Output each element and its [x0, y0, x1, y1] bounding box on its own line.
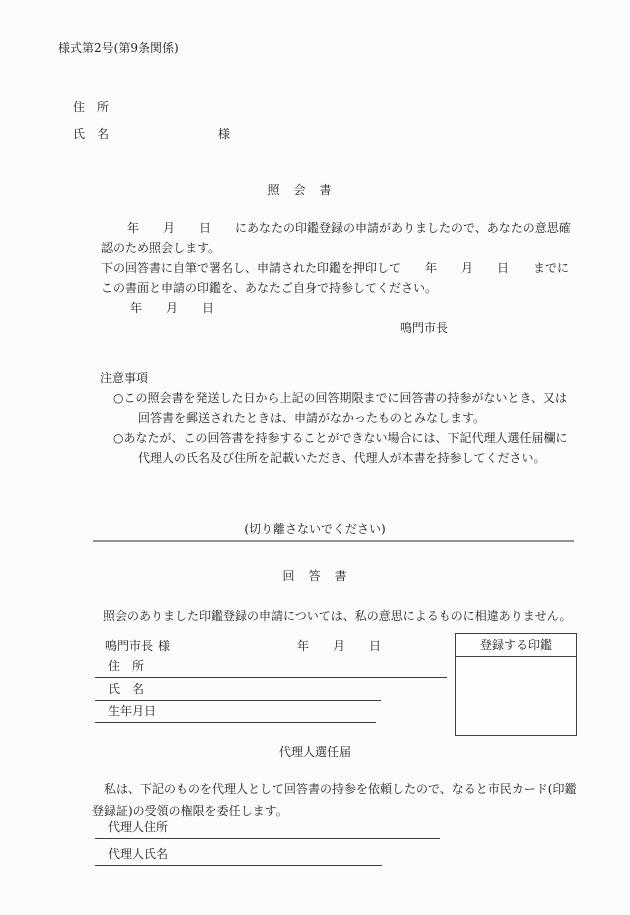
reply-birthdate-field-label: 生年月日: [108, 702, 156, 719]
proxy-paragraph-line2: 登録証)の受領の権限を委任します。: [92, 805, 288, 817]
inquiry-paragraph2-line1: 下の回答書に自筆で署名し、申請された印鑑を押印して 年 月 日 までに: [101, 262, 569, 274]
seal-box: 登録する印鑑: [455, 633, 577, 736]
proxy-paragraph-line1: 私は、下記のものを代理人として回答書の持参を依頼したので、なると市民カード(印鑑: [104, 783, 576, 795]
inquiry-date-line: 年 月 日: [130, 302, 214, 314]
note-item-1-line-1: ○この照会書を発送した日から上記の回答期限までに回答書の持参がないとき、又は: [113, 392, 567, 404]
reply-address-field: 住 所: [95, 660, 447, 678]
inquiry-paragraph1-line1: 年 月 日 にあなたの印鑑登録の申請がありましたので、あなたの意思確: [127, 222, 571, 234]
reply-address-field-label: 住 所: [108, 657, 144, 674]
reply-statement: 照会のありました印鑑登録の申請については、私の意思によるものに相違ありません。: [103, 610, 571, 622]
proxy-name-field: 代理人氏名: [95, 848, 382, 866]
reply-title: 回 答 書: [0, 570, 630, 582]
proxy-address-field: 代理人住所: [95, 821, 440, 839]
reply-name-field: 氏 名: [95, 683, 381, 701]
proxy-title: 代理人選任届: [0, 746, 630, 758]
reply-name-field-label: 氏 名: [108, 680, 144, 697]
addressee-honorific: 様: [218, 128, 230, 140]
form-page: 様式第2号(第9条関係) 住 所 氏 名 様 照 会 書 年 月 日 にあなたの…: [0, 0, 630, 915]
seal-box-label: 登録する印鑑: [456, 634, 576, 657]
note-item-2-line-2: 代理人の氏名及び住所を記載いただき、代理人が本書を持参してください。: [138, 452, 546, 464]
proxy-address-field-label: 代理人住所: [108, 818, 168, 835]
inquiry-title: 照 会 書: [0, 184, 600, 196]
seal-box-empty-area: [456, 657, 576, 735]
proxy-name-field-label: 代理人氏名: [108, 845, 168, 862]
cut-instruction: (切り離さないでください): [0, 523, 630, 535]
cut-divider-line: [93, 540, 574, 542]
reply-mayor-label: 鳴門市長: [105, 640, 153, 652]
inquiry-paragraph1-line2: 認のため照会します。: [101, 242, 220, 254]
note-item-2-line-1: ○あなたが、この回答書を持参することができない場合には、下記代理人選任届欄に: [113, 432, 567, 444]
reply-date-label: 年 月 日: [297, 640, 381, 652]
inquiry-mayor-signature: 鳴門市長: [400, 322, 448, 334]
inquiry-paragraph2-line2: この書面と申請の印鑑を、あなたご自身で持参してください。: [101, 282, 437, 294]
addressee-address-label: 住 所: [73, 101, 109, 113]
note-item-1-line-2: 回答書を郵送されたときは、申請がなかったものとみなします。: [138, 412, 485, 424]
reply-honorific: 様: [158, 640, 170, 652]
reply-birthdate-field: 生年月日: [95, 705, 376, 723]
notes-title: 注意事項: [100, 372, 148, 384]
form-number: 様式第2号(第9条関係): [58, 42, 179, 54]
addressee-name-label: 氏 名: [73, 128, 109, 140]
